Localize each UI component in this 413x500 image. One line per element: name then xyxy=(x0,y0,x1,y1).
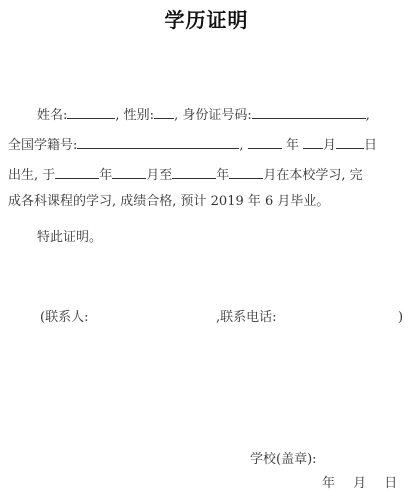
signature-date: 年 月 日 xyxy=(322,476,397,492)
id-number-label: 身份证号码: xyxy=(182,108,251,123)
student-id-label: 全国学籍号: xyxy=(8,138,77,153)
birth-month-field[interactable] xyxy=(303,136,323,149)
id-number-field[interactable] xyxy=(252,106,366,119)
contact-line: (联系人: ,联系电话: ) xyxy=(40,310,405,326)
line-study-period: 出生, 于年月至年月在本校学习, 完 xyxy=(8,166,363,184)
day-label: 日 xyxy=(364,138,377,153)
month-to-label: 月至 xyxy=(146,168,172,183)
year-label: 年 xyxy=(286,138,299,153)
contact-person-label: (联系人: xyxy=(40,310,88,325)
month-label: 月 xyxy=(323,138,336,153)
separator: , xyxy=(115,108,119,123)
gender-field[interactable] xyxy=(154,106,174,119)
start-month-field[interactable] xyxy=(112,166,146,179)
school-seal-label: 学校(盖章): xyxy=(250,452,317,468)
month-at-school-text: 月在本校学习, 完 xyxy=(263,168,362,183)
line-personal-info: 姓名:, 性别:, 身份证号码:, xyxy=(37,106,370,124)
line-student-id: 全国学籍号:, 年 月日 xyxy=(8,136,377,154)
line-graduation: 成各科课程的学习, 成绩合格, 预计 2019 年 6 月毕业。 xyxy=(8,194,329,210)
born-text: 出生, 于 xyxy=(8,168,55,183)
birth-day-field[interactable] xyxy=(336,136,364,149)
year-label: 年 xyxy=(216,168,229,183)
separator: , xyxy=(174,108,178,123)
name-field[interactable] xyxy=(67,106,115,119)
separator: , xyxy=(366,108,370,123)
end-month-field[interactable] xyxy=(229,166,263,179)
gender-label: 性别: xyxy=(124,108,154,123)
document-title: 学历证明 xyxy=(0,4,413,33)
separator: , xyxy=(239,138,243,153)
contact-phone-label: ,联系电话: xyxy=(216,310,277,326)
start-year-field[interactable] xyxy=(55,166,99,179)
birth-year-field[interactable] xyxy=(248,136,282,149)
line-certify: 特此证明。 xyxy=(37,230,102,246)
contact-close-paren: ) xyxy=(398,310,403,326)
year-label: 年 xyxy=(99,168,112,183)
student-id-field[interactable] xyxy=(77,136,239,149)
name-label: 姓名: xyxy=(37,108,67,123)
end-year-field[interactable] xyxy=(172,166,216,179)
